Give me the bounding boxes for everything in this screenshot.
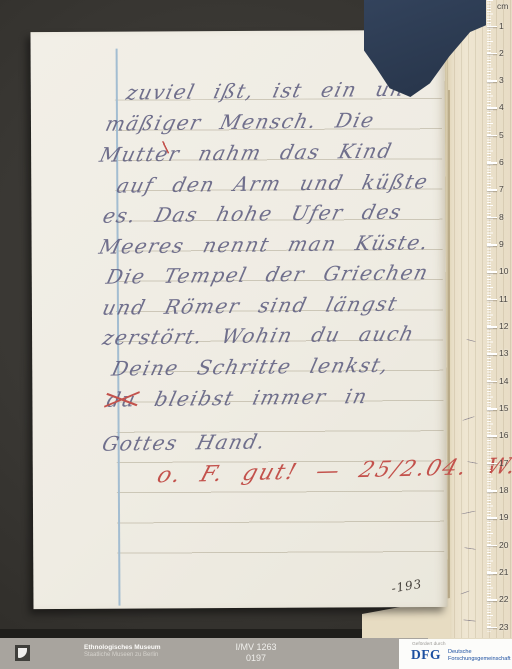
cm-tick: [487, 353, 497, 355]
cm-number: 17: [499, 458, 508, 468]
cm-number: 2: [499, 48, 504, 58]
ink-line-7: Die Tempel der Griechen: [104, 260, 432, 289]
cm-tick: [487, 299, 497, 301]
cm-tick: [487, 244, 497, 246]
cm-tick: [487, 490, 497, 492]
cm-tick: [487, 381, 497, 383]
ruler-unit-label: cm: [497, 1, 508, 11]
scan-viewport: zuviel ißt, ist ein un- mäßiger Mensch. …: [0, 0, 512, 669]
dfg-panel: Gefördert durch DFG Deutsche Forschungsg…: [399, 639, 512, 669]
ink-line-2: mäßiger Mensch. Die: [103, 108, 377, 136]
cm-number: 13: [499, 348, 508, 358]
shelfmark: I/MV 1263: [200, 642, 312, 652]
cm-number: 8: [499, 212, 504, 222]
institution-subtitle: Staatliche Museen zu Berlin: [84, 652, 161, 660]
cm-number: 6: [499, 157, 504, 167]
cm-number: 11: [499, 294, 508, 304]
cm-tick: [487, 517, 497, 519]
ink-line-3: Mutter nahm das Kind: [97, 139, 395, 167]
ink-line-11: du bleibst immer in: [105, 384, 371, 412]
cm-number: 21: [499, 567, 508, 577]
smb-logo-mark: [18, 648, 27, 658]
manuscript-page: zuviel ißt, ist ein un- mäßiger Mensch. …: [30, 30, 447, 609]
cm-tick: [487, 435, 497, 437]
red-correction-mark: [161, 141, 170, 153]
cm-number: 4: [499, 102, 504, 112]
cm-tick: [487, 408, 497, 410]
ink-line-12: Gottes Hand.: [100, 429, 269, 455]
cm-number: 20: [499, 540, 508, 550]
struck-word-text: du: [105, 387, 139, 411]
image-number: 0197: [200, 653, 312, 663]
cm-tick: [487, 463, 497, 465]
ink-line-4: auf den Arm und küßte: [114, 169, 431, 197]
cm-number: 19: [499, 512, 508, 522]
cm-number: 15: [499, 403, 508, 413]
cm-tick: [487, 80, 497, 82]
cm-number: 3: [499, 75, 504, 85]
cm-tick: [487, 572, 497, 574]
ink-line-6: Meeres nennt man Küste.: [97, 230, 432, 259]
cm-tick: [487, 217, 497, 219]
photo-area: zuviel ißt, ist ein un- mäßiger Mensch. …: [0, 0, 512, 638]
ink-line-10: Deine Schritte lenkst,: [109, 353, 391, 381]
ink-line-11-text: bleibst immer in: [152, 384, 370, 411]
cm-tick: [487, 627, 497, 629]
cm-tick: [487, 162, 497, 164]
funder-name: Deutsche Forschungsgemeinschaft: [448, 649, 510, 662]
cm-number: 5: [499, 130, 504, 140]
ruler-halfcm-ticks: [487, 0, 493, 632]
cm-number: 10: [499, 266, 508, 276]
ink-line-8: und Römer sind längst: [100, 292, 401, 320]
cm-tick: [487, 545, 497, 547]
stack-crease: [448, 90, 450, 630]
cm-number: 12: [499, 321, 508, 331]
dfg-logo: DFG: [411, 647, 441, 663]
cm-number: 7: [499, 184, 504, 194]
cm-tick: [487, 107, 497, 109]
cm-number: 23: [499, 622, 508, 632]
cm-number: 16: [499, 430, 508, 440]
shelfmark-block: I/MV 1263 0197: [200, 642, 312, 663]
cm-tick: [487, 53, 497, 55]
cm-number: 1: [499, 21, 504, 31]
cm-number: 18: [499, 485, 508, 495]
ink-line-5: es. Das hohe Ufer des: [101, 200, 405, 228]
struck-word: du: [105, 387, 139, 411]
page-number-annotation: -193: [390, 577, 423, 596]
cm-tick: [487, 326, 497, 328]
ink-line-9: zerstört. Wohin du auch: [100, 321, 417, 349]
cm-number: 22: [499, 594, 508, 604]
cm-tick: [487, 599, 497, 601]
footer-bar: Ethnologisches Museum Staatliche Museen …: [0, 638, 512, 669]
cm-tick: [487, 26, 497, 28]
ink-line-1: zuviel ißt, ist ein un-: [124, 77, 416, 105]
cm-tick: [487, 271, 497, 273]
institution-name: Ethnologisches Museum: [84, 644, 161, 652]
cm-number: 9: [499, 239, 504, 249]
cm-tick: [487, 189, 497, 191]
cm-number: 14: [499, 376, 508, 386]
ruler-overlay: cm 1234567891011121314151617181920212223: [487, 0, 512, 638]
smb-logo: [15, 645, 30, 661]
institution-block: Ethnologisches Museum Staatliche Museen …: [84, 644, 161, 660]
cm-tick: [487, 135, 497, 137]
